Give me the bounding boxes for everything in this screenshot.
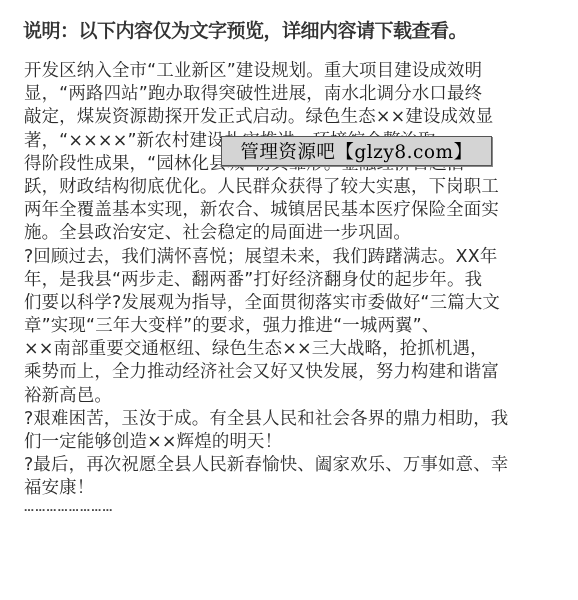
watermark-banner: 管理资源吧【glzy8.com】	[221, 136, 492, 166]
text-line: 章”实现“三年大变样”的要求，强力推进“一城两翼”、	[24, 315, 564, 338]
text-line: 们一定能够创造××辉煌的明天！	[24, 431, 564, 454]
trailing-ellipsis: ……………………	[24, 503, 564, 515]
text-line: 敲定，煤炭资源勘探开发正式启动。绿色生态××建设成效显	[24, 106, 564, 129]
text-line: ?回顾过去，我们满怀喜悦；展望未来，我们踌躇满志。XX年	[24, 246, 564, 269]
text-line: ××南部重要交通枢纽、绿色生态××三大战略，抢抓机遇，	[24, 338, 564, 361]
text-line: 们要以科学?发展观为指导，全面贯彻落实市委做好“三篇大文	[24, 292, 564, 315]
watermark-text: 管理资源吧【glzy8.com】	[240, 138, 472, 164]
text-line: 两年全覆盖基本实现，新农合、城镇居民基本医疗保险全面实	[24, 199, 564, 222]
text-line: 福安康！	[24, 477, 564, 500]
document-body: 开发区纳入全市“工业新区”建设规划。重大项目建设成效明 显，“两路四站”跑办取得…	[24, 60, 564, 515]
text-line: 乘势而上，全力推动经济社会又好又快发展，努力构建和谐富	[24, 361, 564, 384]
preview-notice: 说明：以下内容仅为文字预览，详细内容请下载查看。	[23, 16, 467, 43]
text-line: 跃，财政结构彻底优化。人民群众获得了较大实惠，下岗职工	[24, 176, 564, 199]
text-line: 开发区纳入全市“工业新区”建设规划。重大项目建设成效明	[24, 60, 564, 83]
text-line: 裕新高邑。	[24, 385, 564, 408]
text-line: 施。全县政治安定、社会稳定的局面进一步巩固。	[24, 222, 564, 245]
text-line: ?最后，再次祝愿全县人民新春愉快、阖家欢乐、万事如意、幸	[24, 454, 564, 477]
text-line: ?艰难困苦，玉汝于成。有全县人民和社会各界的鼎力相助，我	[24, 408, 564, 431]
text-line: 年，是我县“两步走、翻两番”打好经济翻身仗的起步年。我	[24, 269, 564, 292]
text-line: 显，“两路四站”跑办取得突破性进展，南水北调分水口最终	[24, 83, 564, 106]
